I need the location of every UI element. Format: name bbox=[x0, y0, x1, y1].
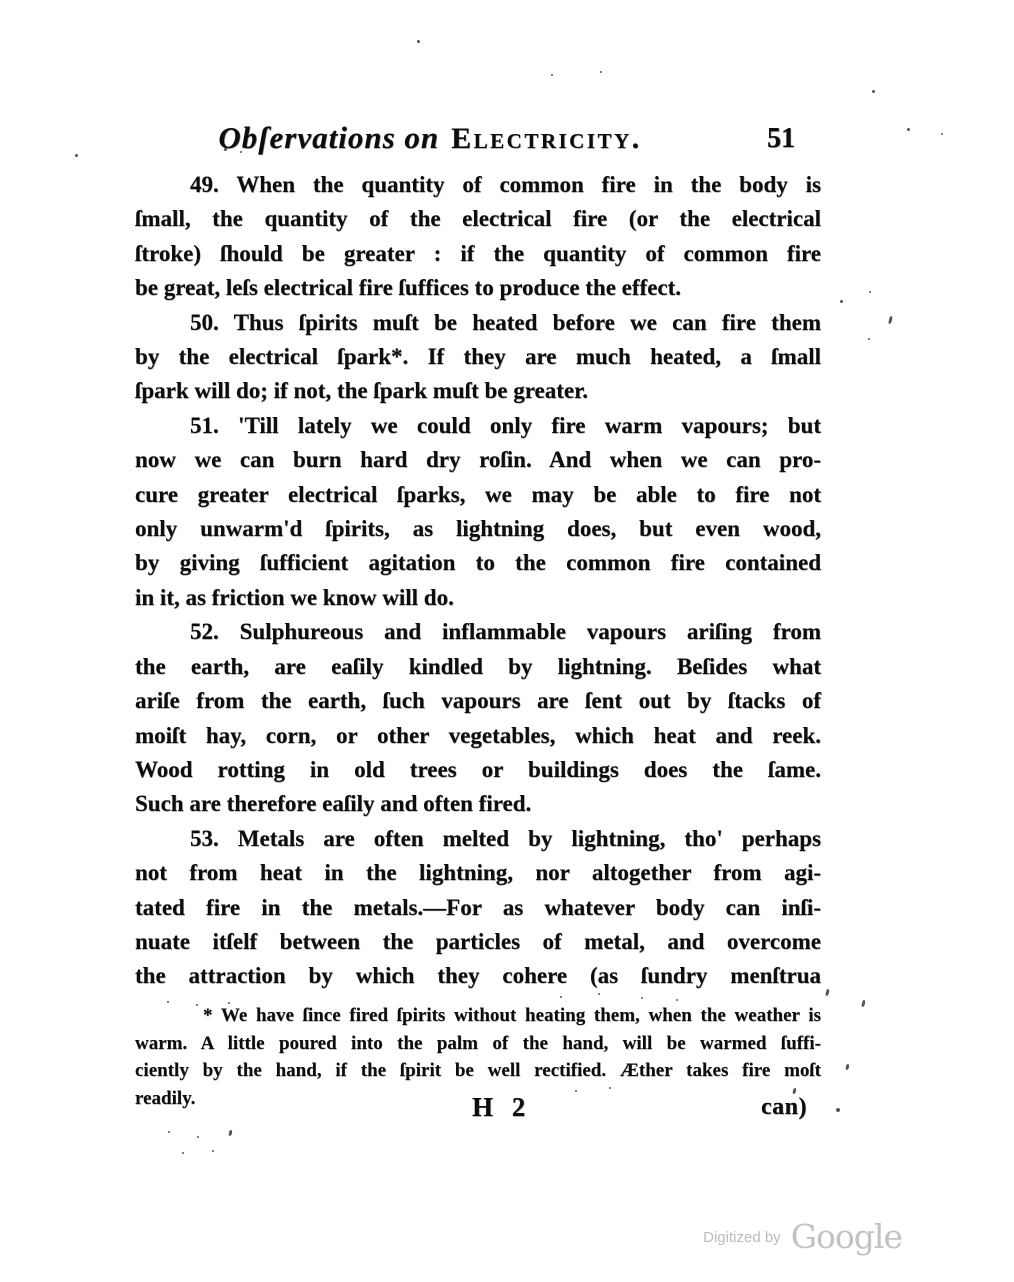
running-title-caps: Electricity. bbox=[451, 122, 642, 155]
text-line: moiſt hay, corn, or other vegetables, wh… bbox=[135, 719, 821, 753]
scan-speck bbox=[872, 90, 875, 93]
scan-speck bbox=[75, 154, 78, 157]
text-line: ſpark will do; if not, the ſpark muſt be… bbox=[135, 374, 821, 408]
scan-speck bbox=[197, 1136, 199, 1138]
book-page-scan: Obſervations on Electricity. 51 49. When… bbox=[0, 0, 1014, 1282]
running-head: Obſervations on Electricity. 51 bbox=[135, 120, 821, 164]
scan-speck bbox=[560, 996, 562, 998]
text-line: 51. 'Till lately we could only fire warm… bbox=[135, 409, 821, 443]
text-line: in it, as friction we know will do. bbox=[135, 581, 821, 615]
scan-speck bbox=[224, 148, 227, 151]
text-line: now we can burn hard dry roſin. And when… bbox=[135, 443, 821, 477]
running-title: Obſervations on Electricity. bbox=[87, 120, 773, 156]
scan-speck bbox=[868, 338, 870, 340]
body-paragraphs: 49. When the quantity of common fire in … bbox=[135, 168, 821, 994]
scan-speck bbox=[840, 300, 843, 303]
scan-speck bbox=[240, 151, 242, 153]
text-line: warm. A little poured into the palm of t… bbox=[135, 1030, 821, 1058]
scan-speck bbox=[869, 291, 871, 293]
scan-speck bbox=[168, 1131, 170, 1133]
text-line: Wood rotting in old trees or buildings d… bbox=[135, 753, 821, 787]
text-line: 53. Metals are often melted by lightning… bbox=[135, 822, 821, 856]
scan-speck bbox=[907, 128, 910, 131]
scan-speck bbox=[212, 1150, 214, 1152]
text-line: only unwarm'd ſpirits, as lightning does… bbox=[135, 512, 821, 546]
scan-speck bbox=[575, 1090, 577, 1092]
scan-speck bbox=[228, 1130, 232, 1137]
scan-speck bbox=[600, 71, 602, 73]
text-line: ſtroke) ſhould be greater : if the quant… bbox=[135, 237, 821, 271]
scan-speck bbox=[845, 1064, 849, 1071]
running-title-italic: Obſervations on bbox=[218, 120, 439, 155]
text-line: by the electrical ſpark*. If they are mu… bbox=[135, 340, 821, 374]
text-line: by giving ſufficient agitation to the co… bbox=[135, 546, 821, 580]
catchword: can) bbox=[761, 1094, 807, 1121]
text-line: the attraction by which they cohere (as … bbox=[135, 959, 821, 993]
text-line: nuate itſelf between the particles of me… bbox=[135, 925, 821, 959]
text-line: not from heat in the lightning, nor alto… bbox=[135, 856, 821, 890]
scan-speck bbox=[228, 1002, 230, 1004]
text-line: the earth, are eaſily kindled by lightni… bbox=[135, 650, 821, 684]
scan-speck bbox=[861, 1000, 866, 1008]
scan-speck bbox=[888, 316, 893, 324]
gathering-signature: H 2 bbox=[472, 1092, 531, 1123]
scan-speck bbox=[417, 40, 420, 43]
watermark-prefix-label: Digitized by bbox=[703, 1229, 781, 1246]
text-line: 50. Thus ſpirits muſt be heated before w… bbox=[135, 306, 821, 340]
scan-speck bbox=[609, 1087, 611, 1089]
page-number: 51 bbox=[767, 123, 795, 155]
text-line: ariſe from the earth, ſuch vapours are ſ… bbox=[135, 684, 821, 718]
scan-speck bbox=[551, 74, 553, 76]
text-line: 49. When the quantity of common fire in … bbox=[135, 168, 821, 202]
text-line: * We have ſince fired ſpirits without he… bbox=[135, 1002, 821, 1030]
scan-speck bbox=[825, 989, 830, 997]
text-line: ciently by the hand, if the ſpirit be we… bbox=[135, 1057, 821, 1085]
text-line: be great, leſs electrical fire ſuffices … bbox=[135, 271, 821, 305]
text-line: 52. Sulphureous and inflammable vapours … bbox=[135, 615, 821, 649]
scan-speck bbox=[676, 999, 678, 1001]
scan-speck bbox=[196, 1004, 198, 1006]
scan-speck bbox=[941, 133, 943, 135]
scan-speck bbox=[182, 1152, 184, 1154]
watermark: Digitized byGoogle bbox=[703, 1217, 902, 1256]
scan-speck bbox=[641, 997, 643, 999]
text-line: tated fire in the metals.—For as whateve… bbox=[135, 891, 821, 925]
text-line: cure greater electrical ſparks, we may b… bbox=[135, 478, 821, 512]
text-line: ſmall, the quantity of the electrical fi… bbox=[135, 202, 821, 236]
scan-speck bbox=[167, 1001, 169, 1003]
google-logo: Google bbox=[791, 1217, 902, 1256]
signature-row: H 2 can) bbox=[135, 1092, 821, 1128]
text-line: Such are therefore eaſily and often fire… bbox=[135, 787, 821, 821]
scan-speck bbox=[598, 993, 600, 995]
scan-speck bbox=[836, 1108, 840, 1112]
